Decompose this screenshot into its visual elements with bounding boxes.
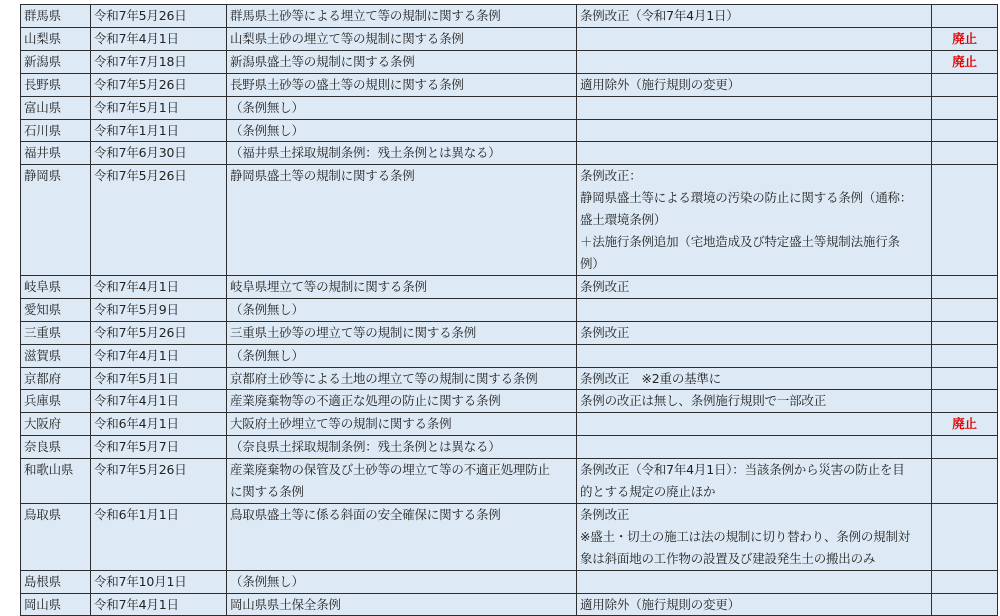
table-row: 島根県令和7年10月1日（条例無し） — [21, 570, 998, 593]
table-row: 兵庫県令和7年4月1日産業廃棄物等の不適正な処理の防止に関する条例条例の改正は無… — [21, 390, 998, 413]
ordinance-name-line: 群馬県土砂等による埋立て等の規制に関する条例 — [230, 5, 573, 27]
prefecture-cell: 愛知県 — [21, 298, 91, 321]
change-note-line: 適用除外（施行規則の変更） — [580, 74, 928, 96]
date-cell: 令和7年7月18日 — [91, 50, 227, 73]
status-badge — [932, 570, 998, 593]
ordinance-name-cell: （条例無し） — [227, 570, 577, 593]
change-note-line: 象は斜面地の工作物の設置及び建設発生土の搬出のみ — [580, 548, 928, 570]
status-badge — [932, 5, 998, 28]
prefecture-cell: 静岡県 — [21, 165, 91, 276]
change-note-cell — [577, 298, 932, 321]
change-note-cell: 条例改正（令和7年4月1日） — [577, 5, 932, 28]
ordinance-name-line: 京都府土砂等による土地の埋立て等の規制に関する条例 — [230, 368, 573, 390]
status-badge — [932, 503, 998, 570]
change-note-cell — [577, 50, 932, 73]
date-cell: 令和7年4月1日 — [91, 275, 227, 298]
date-cell: 令和7年5月26日 — [91, 459, 227, 504]
change-note-cell: 適用除外（施行規則の変更） — [577, 593, 932, 598]
ordinance-name-line: 静岡県盛土等の規制に関する条例 — [230, 165, 573, 187]
ordinance-name-line: 岡山県県土保全条例 — [230, 594, 573, 598]
status-badge — [932, 119, 998, 142]
change-note-cell: 条例改正（令和7年4月1日）：当該条例から災害の防止を目的とする規定の廃止ほか — [577, 459, 932, 504]
change-note-cell: 条例改正 — [577, 321, 932, 344]
prefecture-cell: 島根県 — [21, 570, 91, 593]
change-note-line: 例） — [580, 253, 928, 275]
table-row: 長野県令和7年5月26日長野県土砂等の盛土等の規則に関する条例適用除外（施行規則… — [21, 73, 998, 96]
change-note-line: 条例改正 — [580, 322, 928, 344]
ordinance-name-line: （福井県土採取規制条例：残土条例とは異なる） — [230, 142, 573, 164]
ordinance-name-cell: （条例無し） — [227, 96, 577, 119]
date-cell: 令和7年5月1日 — [91, 367, 227, 390]
table-row: 三重県令和7年5月26日三重県土砂等の埋立て等の規制に関する条例条例改正 — [21, 321, 998, 344]
prefecture-ordinance-table: 群馬県令和7年5月26日群馬県土砂等による埋立て等の規制に関する条例条例改正（令… — [20, 4, 998, 598]
table-row: 京都府令和7年5月1日京都府土砂等による土地の埋立て等の規制に関する条例条例改正… — [21, 367, 998, 390]
prefecture-cell: 福井県 — [21, 142, 91, 165]
status-badge — [932, 73, 998, 96]
status-badge — [932, 96, 998, 119]
change-note-cell: 適用除外（施行規則の変更） — [577, 73, 932, 96]
prefecture-cell: 奈良県 — [21, 436, 91, 459]
table-row: 山梨県令和7年4月1日山梨県土砂の埋立て等の規制に関する条例廃止 — [21, 27, 998, 50]
change-note-line: 条例改正 — [580, 276, 928, 298]
ordinance-name-cell: 群馬県土砂等による埋立て等の規制に関する条例 — [227, 5, 577, 28]
prefecture-cell: 兵庫県 — [21, 390, 91, 413]
status-badge: 廃止 — [932, 413, 998, 436]
prefecture-cell: 京都府 — [21, 367, 91, 390]
date-cell: 令和7年1月1日 — [91, 119, 227, 142]
table-row: 岐阜県令和7年4月1日岐阜県埋立て等の規制に関する条例条例改正 — [21, 275, 998, 298]
ordinance-name-line: に関する条例 — [230, 481, 573, 503]
date-cell: 令和6年1月1日 — [91, 503, 227, 570]
change-note-line: ＋法施行条例追加（宅地造成及び特定盛土等規制法施行条 — [580, 231, 928, 253]
ordinance-name-cell: 京都府土砂等による土地の埋立て等の規制に関する条例 — [227, 367, 577, 390]
prefecture-cell: 新潟県 — [21, 50, 91, 73]
change-note-cell: 条例改正※盛土・切土の施工は法の規制に切り替わり、条例の規制対象は斜面地の工作物… — [577, 503, 932, 570]
change-note-line: 条例改正 ※2重の基準に — [580, 368, 928, 390]
prefecture-cell: 石川県 — [21, 119, 91, 142]
change-note-line: 的とする規定の廃止ほか — [580, 481, 928, 503]
status-badge: 廃止 — [932, 50, 998, 73]
date-cell: 令和7年4月1日 — [91, 593, 227, 598]
change-note-cell: 条例改正：静岡県盛土等による環境の汚染の防止に関する条例（通称：盛土環境条例）＋… — [577, 165, 932, 276]
change-note-cell: 条例改正 — [577, 275, 932, 298]
date-cell: 令和7年4月1日 — [91, 344, 227, 367]
ordinance-name-line: 三重県土砂等の埋立て等の規制に関する条例 — [230, 322, 573, 344]
prefecture-cell: 和歌山県 — [21, 459, 91, 504]
ordinance-name-cell: 山梨県土砂の埋立て等の規制に関する条例 — [227, 27, 577, 50]
change-note-cell: 条例改正 ※2重の基準に — [577, 367, 932, 390]
change-note-cell: 条例の改正は無し、条例施行規則で一部改正 — [577, 390, 932, 413]
table-row: 鳥取県令和6年1月1日鳥取県盛土等に係る斜面の安全確保に関する条例条例改正※盛土… — [21, 503, 998, 570]
change-note-cell — [577, 344, 932, 367]
ordinance-name-line: （条例無し） — [230, 299, 573, 321]
table-row: 福井県令和7年6月30日（福井県土採取規制条例：残土条例とは異なる） — [21, 142, 998, 165]
ordinance-name-line: （条例無し） — [230, 97, 573, 119]
prefecture-cell: 鳥取県 — [21, 503, 91, 570]
change-note-cell — [577, 413, 932, 436]
table-row: 群馬県令和7年5月26日群馬県土砂等による埋立て等の規制に関する条例条例改正（令… — [21, 5, 998, 28]
change-note-line: 条例の改正は無し、条例施行規則で一部改正 — [580, 390, 928, 412]
ordinance-name-cell: （福井県土採取規制条例：残土条例とは異なる） — [227, 142, 577, 165]
status-badge — [932, 344, 998, 367]
status-badge — [932, 298, 998, 321]
ordinance-name-line: （奈良県土採取規制条例：残土条例とは異なる） — [230, 436, 573, 458]
date-cell: 令和7年5月26日 — [91, 5, 227, 28]
table-row: 大阪府令和6年4月1日大阪府土砂埋立て等の規制に関する条例廃止 — [21, 413, 998, 436]
ordinance-name-cell: 産業廃棄物等の不適正な処理の防止に関する条例 — [227, 390, 577, 413]
change-note-cell — [577, 142, 932, 165]
date-cell: 令和7年5月26日 — [91, 321, 227, 344]
ordinance-name-line: （条例無し） — [230, 345, 573, 367]
ordinance-name-line: （条例無し） — [230, 571, 573, 593]
ordinance-name-cell: （奈良県土採取規制条例：残土条例とは異なる） — [227, 436, 577, 459]
table-row: 愛知県令和7年5月9日（条例無し） — [21, 298, 998, 321]
ordinance-name-cell: 新潟県盛土等の規制に関する条例 — [227, 50, 577, 73]
ordinance-name-cell: （条例無し） — [227, 344, 577, 367]
table-row: 新潟県令和7年7月18日新潟県盛土等の規制に関する条例廃止 — [21, 50, 998, 73]
prefecture-cell: 大阪府 — [21, 413, 91, 436]
change-note-line: 条例改正（令和7年4月1日）：当該条例から災害の防止を目 — [580, 459, 928, 481]
status-badge — [932, 436, 998, 459]
change-note-line: 静岡県盛土等による環境の汚染の防止に関する条例（通称： — [580, 187, 928, 209]
prefecture-cell: 岐阜県 — [21, 275, 91, 298]
status-badge: 廃止 — [932, 27, 998, 50]
ordinance-name-cell: 静岡県盛土等の規制に関する条例 — [227, 165, 577, 276]
ordinance-name-line: 岐阜県埋立て等の規制に関する条例 — [230, 276, 573, 298]
ordinance-name-line: 大阪府土砂埋立て等の規制に関する条例 — [230, 413, 573, 435]
date-cell: 令和7年6月30日 — [91, 142, 227, 165]
date-cell: 令和7年5月1日 — [91, 96, 227, 119]
change-note-cell — [577, 436, 932, 459]
ordinance-name-line: 産業廃棄物の保管及び土砂等の埋立て等の不適正処理防止 — [230, 459, 573, 481]
date-cell: 令和6年4月1日 — [91, 413, 227, 436]
table-row: 滋賀県令和7年4月1日（条例無し） — [21, 344, 998, 367]
ordinance-name-line: 長野県土砂等の盛土等の規則に関する条例 — [230, 74, 573, 96]
table-row: 岡山県令和7年4月1日岡山県県土保全条例適用除外（施行規則の変更） — [21, 593, 998, 598]
change-note-line: 条例改正 — [580, 504, 928, 526]
date-cell: 令和7年5月26日 — [91, 73, 227, 96]
date-cell: 令和7年4月1日 — [91, 390, 227, 413]
prefecture-cell: 三重県 — [21, 321, 91, 344]
ordinance-table-container: 群馬県令和7年5月26日群馬県土砂等による埋立て等の規制に関する条例条例改正（令… — [20, 4, 998, 598]
date-cell: 令和7年5月26日 — [91, 165, 227, 276]
change-note-cell — [577, 570, 932, 593]
status-badge — [932, 367, 998, 390]
status-badge — [932, 275, 998, 298]
ordinance-name-line: （条例無し） — [230, 120, 573, 142]
date-cell: 令和7年5月7日 — [91, 436, 227, 459]
table-row: 奈良県令和7年5月7日（奈良県土採取規制条例：残土条例とは異なる） — [21, 436, 998, 459]
table-row: 石川県令和7年1月1日（条例無し） — [21, 119, 998, 142]
status-badge — [932, 390, 998, 413]
status-badge — [932, 459, 998, 504]
table-row: 和歌山県令和7年5月26日産業廃棄物の保管及び土砂等の埋立て等の不適正処理防止に… — [21, 459, 998, 504]
change-note-cell — [577, 96, 932, 119]
ordinance-name-line: 鳥取県盛土等に係る斜面の安全確保に関する条例 — [230, 504, 573, 526]
change-note-line: 盛土環境条例） — [580, 209, 928, 231]
ordinance-name-cell: 三重県土砂等の埋立て等の規制に関する条例 — [227, 321, 577, 344]
prefecture-cell: 滋賀県 — [21, 344, 91, 367]
status-badge — [932, 165, 998, 276]
ordinance-name-line: 山梨県土砂の埋立て等の規制に関する条例 — [230, 28, 573, 50]
date-cell: 令和7年4月1日 — [91, 27, 227, 50]
table-row: 静岡県令和7年5月26日静岡県盛土等の規制に関する条例条例改正：静岡県盛土等によ… — [21, 165, 998, 276]
change-note-line: 適用除外（施行規則の変更） — [580, 594, 928, 598]
date-cell: 令和7年5月9日 — [91, 298, 227, 321]
change-note-cell — [577, 27, 932, 50]
status-badge — [932, 142, 998, 165]
prefecture-cell: 岡山県 — [21, 593, 91, 598]
ordinance-name-cell: 岐阜県埋立て等の規制に関する条例 — [227, 275, 577, 298]
prefecture-cell: 富山県 — [21, 96, 91, 119]
table-body: 群馬県令和7年5月26日群馬県土砂等による埋立て等の規制に関する条例条例改正（令… — [21, 5, 998, 599]
status-badge — [932, 321, 998, 344]
prefecture-cell: 長野県 — [21, 73, 91, 96]
ordinance-name-cell: 産業廃棄物の保管及び土砂等の埋立て等の不適正処理防止に関する条例 — [227, 459, 577, 504]
table-row: 富山県令和7年5月1日（条例無し） — [21, 96, 998, 119]
change-note-line: ※盛土・切土の施工は法の規制に切り替わり、条例の規制対 — [580, 526, 928, 548]
status-badge — [932, 593, 998, 598]
ordinance-name-cell: 鳥取県盛土等に係る斜面の安全確保に関する条例 — [227, 503, 577, 570]
ordinance-name-line: 新潟県盛土等の規制に関する条例 — [230, 51, 573, 73]
change-note-cell — [577, 119, 932, 142]
ordinance-name-cell: 岡山県県土保全条例 — [227, 593, 577, 598]
ordinance-name-line: 産業廃棄物等の不適正な処理の防止に関する条例 — [230, 390, 573, 412]
ordinance-name-cell: （条例無し） — [227, 298, 577, 321]
change-note-line: 条例改正（令和7年4月1日） — [580, 5, 928, 27]
ordinance-name-cell: （条例無し） — [227, 119, 577, 142]
ordinance-name-cell: 大阪府土砂埋立て等の規制に関する条例 — [227, 413, 577, 436]
date-cell: 令和7年10月1日 — [91, 570, 227, 593]
prefecture-cell: 山梨県 — [21, 27, 91, 50]
prefecture-cell: 群馬県 — [21, 5, 91, 28]
ordinance-name-cell: 長野県土砂等の盛土等の規則に関する条例 — [227, 73, 577, 96]
change-note-line: 条例改正： — [580, 165, 928, 187]
